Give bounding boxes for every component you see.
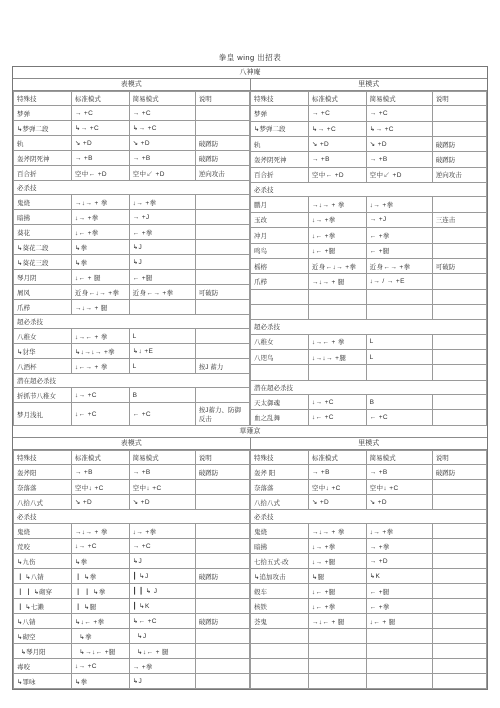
standard-command-cell bbox=[308, 644, 366, 659]
move-name-cell: 八稚女 bbox=[14, 329, 72, 344]
notes-cell bbox=[195, 495, 249, 510]
easy-command-cell: 空中↓ +C bbox=[366, 480, 432, 495]
standard-command-cell: ↓← +拳 bbox=[71, 225, 129, 240]
standard-command-cell: ↓← +腿 bbox=[308, 584, 366, 599]
table-row: 榣榕近身←↓→ +拳近身←→ +拳可破防 bbox=[251, 258, 487, 273]
easy-command-cell: ┃ ↳K bbox=[129, 599, 195, 614]
move-name-cell: 冲月 bbox=[251, 228, 309, 243]
column-header: 特殊技 bbox=[251, 451, 309, 465]
table-row: ┃ ↳七濑┃ ↳腿┃ ↳K bbox=[14, 599, 250, 614]
column-header: 说明 bbox=[432, 92, 486, 106]
table-row: ┃ ↳八锖┃ ↳拳┃ ↳J破蹲防 bbox=[14, 569, 250, 584]
move-name-cell: 梦月浅礼 bbox=[14, 403, 72, 426]
easy-command-cell: ← +腿 bbox=[366, 584, 432, 599]
notes-cell bbox=[432, 410, 486, 426]
standard-command-cell: ↓←→ + 拳 bbox=[71, 359, 129, 374]
table-row: ↳八锖↳↓← +拳↳← +C破蹲防 bbox=[14, 614, 250, 629]
move-name-cell: 暗拂 bbox=[14, 210, 72, 225]
section-title-1: 草薙京 bbox=[13, 426, 487, 438]
column-header: 特殊技 bbox=[14, 92, 72, 106]
move-name-cell: 荒咬 bbox=[14, 539, 72, 554]
category-band-row: 必杀技 bbox=[251, 510, 487, 524]
table-row: 轰斧 阳→ +B→ +B破蹲防 bbox=[251, 465, 487, 480]
table-row: 鹏月→↓→ + 拳↓→ +拳 bbox=[251, 197, 487, 212]
table-row: 核铁↓← +拳← +拳 bbox=[251, 599, 487, 614]
table-row: 暗拂↓→ +拳→ +拳 bbox=[251, 539, 487, 554]
easy-command-cell: → +拳 bbox=[366, 539, 432, 554]
category-band: 必杀技 bbox=[14, 181, 250, 195]
standard-command-cell: 空中↓ +C bbox=[71, 480, 129, 495]
move-name-cell: ┃ ↳八锖 bbox=[14, 569, 72, 584]
notes-cell bbox=[432, 480, 486, 495]
standard-command-cell: ↳→ +C bbox=[308, 121, 366, 136]
move-name-cell: 屑风 bbox=[14, 285, 72, 300]
move-name-cell: 奈落落 bbox=[14, 480, 72, 495]
easy-command-cell: ↘ +D bbox=[366, 495, 432, 510]
move-name-cell: 毂车 bbox=[251, 584, 309, 599]
table-row: 毒咬↓→ +C→ +拳 bbox=[14, 659, 250, 674]
table-row: 八咫鸟↓→↓→ +腿L bbox=[251, 350, 487, 365]
move-name-cell bbox=[251, 674, 309, 689]
table-row: 荟鬼→↓← + 腿↓← + 腿 bbox=[251, 614, 487, 629]
notes-cell: 三连击 bbox=[432, 212, 486, 227]
move-name-cell: ↳葵花二段 bbox=[14, 240, 72, 255]
move-name-cell bbox=[251, 629, 309, 644]
easy-command-cell: → +J bbox=[366, 212, 432, 227]
easy-command-cell: L bbox=[129, 329, 195, 344]
move-name-cell: 轰斧阳 bbox=[14, 465, 72, 480]
notes-cell bbox=[195, 674, 249, 689]
standard-command-cell: ↳拳 bbox=[71, 629, 129, 644]
table-row: ↳追加攻击↳腿↳K bbox=[251, 569, 487, 584]
table-row bbox=[251, 674, 487, 689]
table-row: 折抓节八稚女↓→ +CB bbox=[14, 388, 250, 403]
column-header: 标准模式 bbox=[308, 92, 366, 106]
easy-command-cell: ← +C bbox=[366, 410, 432, 426]
column-header: 标准模式 bbox=[71, 451, 129, 465]
standard-command-cell: ↓→ +C bbox=[71, 388, 129, 403]
move-name-cell: 琴月阴 bbox=[14, 270, 72, 285]
table-row: 八拾八式↘ +D↘ +D bbox=[251, 495, 487, 510]
notes-cell bbox=[432, 539, 486, 554]
table-row bbox=[251, 644, 487, 659]
notes-cell bbox=[432, 614, 486, 629]
column-header: 说明 bbox=[195, 451, 249, 465]
notes-cell bbox=[432, 674, 486, 689]
category-band-row: 必杀技 bbox=[14, 510, 250, 524]
table-row: 暗拂↓→ +拳→ +J bbox=[14, 210, 250, 225]
section-body-0: 特殊技标准模式简易模式说明梦弹→ +C→ +C↳梦弹二段↳→ +C↳→ +C轨↘… bbox=[13, 91, 487, 426]
notes-cell bbox=[195, 195, 249, 210]
easy-command-cell bbox=[366, 629, 432, 644]
table-row: 荒咬↓→ +C→ +C bbox=[14, 539, 250, 554]
table-row: 屑风近身←↓→ +拳近身←→ +拳可破防 bbox=[14, 285, 250, 300]
mode-header-row: 表模式里模式 bbox=[13, 438, 487, 450]
standard-command-cell: ↓→ +拳 bbox=[308, 539, 366, 554]
move-name-cell bbox=[251, 289, 309, 304]
standard-command-cell: ↓← +腿 bbox=[308, 243, 366, 258]
column-header: 标准模式 bbox=[308, 451, 366, 465]
notes-cell: 破蹲防 bbox=[195, 569, 249, 584]
standard-command-cell: ↓→← + 拳 bbox=[308, 334, 366, 349]
notes-cell: 破蹲防 bbox=[432, 152, 486, 167]
table-row bbox=[251, 365, 487, 380]
standard-command-cell bbox=[308, 289, 366, 304]
column-header: 简易模式 bbox=[129, 92, 195, 106]
notes-cell bbox=[195, 554, 249, 569]
table-row: 天太御魂↓→ +CB bbox=[251, 395, 487, 410]
easy-command-cell: → +D bbox=[366, 554, 432, 569]
standard-command-cell bbox=[308, 659, 366, 674]
column-header: 标准模式 bbox=[71, 92, 129, 106]
column-header: 特殊技 bbox=[14, 451, 72, 465]
section-title-0: 八神庵 bbox=[13, 67, 487, 79]
move-name-cell: 梦弹 bbox=[251, 106, 309, 121]
move-name-cell: 爪栉 bbox=[251, 274, 309, 289]
easy-command-cell: L bbox=[366, 350, 432, 365]
notes-cell: 破蹲防 bbox=[195, 136, 249, 151]
notes-cell bbox=[195, 524, 249, 539]
move-name-cell: ↳罪咏 bbox=[14, 674, 72, 689]
notes-cell bbox=[432, 644, 486, 659]
standard-command-cell: ↓→← + 拳 bbox=[71, 329, 129, 344]
easy-command-cell: ↓→ +拳 bbox=[129, 195, 195, 210]
standard-command-cell: ↓→↓→ +腿 bbox=[308, 350, 366, 365]
notes-cell: 破蹲防 bbox=[195, 614, 249, 629]
notes-cell: 可破防 bbox=[195, 285, 249, 300]
standard-command-cell: ↳拳 bbox=[71, 255, 129, 270]
move-name-cell: 奈落落 bbox=[251, 480, 309, 495]
notes-cell bbox=[195, 121, 249, 136]
standard-command-cell: →↓← + 腿 bbox=[308, 614, 366, 629]
table-row: ↳豺华↳↓→↓→ +拳↳↓ +E bbox=[14, 344, 250, 359]
notes-cell bbox=[432, 197, 486, 212]
standard-command-cell: → +B bbox=[71, 465, 129, 480]
standard-command-cell: →↓→ + 腿 bbox=[308, 274, 366, 289]
table-row: 冲月↓← +拳← +拳 bbox=[251, 228, 487, 243]
easy-command-cell: 近身←→ +拳 bbox=[129, 285, 195, 300]
table-row: 七拾五式·改↓→ +腿→ +D bbox=[251, 554, 487, 569]
category-band: 必杀技 bbox=[14, 510, 250, 524]
move-name-cell: 荟鬼 bbox=[251, 614, 309, 629]
column-header-row: 特殊技标准模式简易模式说明 bbox=[14, 92, 250, 106]
category-band: 必杀技 bbox=[251, 183, 487, 197]
move-name-cell: 七拾五式·改 bbox=[251, 554, 309, 569]
easy-command-cell: L bbox=[129, 359, 195, 374]
easy-command-cell: 空中↙ +D bbox=[366, 167, 432, 182]
table-row: 八稚女↓→← + 拳L bbox=[251, 334, 487, 349]
standard-command-cell: ↓→ +拳 bbox=[71, 210, 129, 225]
move-name-cell bbox=[251, 304, 309, 319]
mode-subtable-back: 特殊技标准模式简易模式说明轰斧 阳→ +B→ +B破蹲防奈落落空中↓ +C空中↓… bbox=[250, 450, 487, 689]
easy-command-cell: → +C bbox=[366, 106, 432, 121]
move-name-cell: 八咫鸟 bbox=[251, 350, 309, 365]
standard-command-cell: ↓← +C bbox=[71, 403, 129, 426]
standard-command-cell: ↘ +D bbox=[308, 137, 366, 152]
table-row: 琴月阴↓← + 腿← +腿 bbox=[14, 270, 250, 285]
table-row: ┃ ┃ ↳砌穿┃ ┃ ↳拳┃ ┃ ↳ J bbox=[14, 584, 250, 599]
standard-command-cell: ┃ ↳腿 bbox=[71, 599, 129, 614]
table-row: 葵花↓← +拳← +拳 bbox=[14, 225, 250, 240]
table-row: ↳葵花三段↳拳↳J bbox=[14, 255, 250, 270]
column-header-row: 特殊技标准模式简易模式说明 bbox=[251, 92, 487, 106]
document-page: 拳皇 wing 出招表 八神庵表模式里模式特殊技标准模式简易模式说明梦弹→ +C… bbox=[0, 0, 500, 708]
standard-command-cell bbox=[308, 629, 366, 644]
notes-cell: 按J 蓄力 bbox=[195, 359, 249, 374]
table-row: 血之乱舞↓← +C← +C bbox=[251, 410, 487, 426]
move-name-cell: 爪栉 bbox=[14, 300, 72, 315]
notes-cell: 破蹲防 bbox=[195, 151, 249, 166]
easy-command-cell: → +拳 bbox=[129, 659, 195, 674]
category-band: 必杀技 bbox=[251, 510, 487, 524]
notes-cell bbox=[432, 304, 486, 319]
easy-command-cell: ↳J bbox=[129, 629, 195, 644]
move-name-cell: 血之乱舞 bbox=[251, 410, 309, 426]
category-band: 超必杀技 bbox=[14, 315, 250, 329]
table-row: 轨↘ +D↘ +D破蹲防 bbox=[251, 137, 487, 152]
move-name-cell: 玉改 bbox=[251, 212, 309, 227]
move-name-cell: 毒咬 bbox=[14, 659, 72, 674]
easy-command-cell: → +B bbox=[366, 465, 432, 480]
easy-command-cell: ↳↓ +E bbox=[129, 344, 195, 359]
standard-command-cell: ↓← +拳 bbox=[308, 228, 366, 243]
category-band-row: 必杀技 bbox=[14, 181, 250, 195]
easy-command-cell: ↳↓← + 腿 bbox=[129, 644, 195, 659]
move-name-cell: 百合折 bbox=[14, 166, 72, 181]
move-name-cell: 轨 bbox=[251, 137, 309, 152]
table-row: 爪栉→↓→ + 腿 bbox=[14, 300, 250, 315]
notes-cell bbox=[432, 599, 486, 614]
table-row: 轰斧阳→ +B→ +B破蹲防 bbox=[14, 465, 250, 480]
easy-command-cell: ↳J bbox=[129, 554, 195, 569]
easy-command-cell: → +C bbox=[129, 539, 195, 554]
move-name-cell bbox=[251, 365, 309, 380]
notes-cell bbox=[432, 395, 486, 410]
move-name-cell: ┃ ┃ ↳砌穿 bbox=[14, 584, 72, 599]
easy-command-cell: ↓→ +拳 bbox=[366, 197, 432, 212]
move-name-cell: 鬼烧 bbox=[14, 195, 72, 210]
table-row bbox=[251, 629, 487, 644]
notes-cell bbox=[432, 121, 486, 136]
column-header: 简易模式 bbox=[366, 451, 432, 465]
move-name-cell: ┃ ↳七濑 bbox=[14, 599, 72, 614]
easy-command-cell: ↳→ +C bbox=[366, 121, 432, 136]
move-name-cell: ↳梦弹二段 bbox=[14, 121, 72, 136]
easy-command-cell: ┃ ┃ ↳ J bbox=[129, 584, 195, 599]
notes-cell: 破蹲防 bbox=[432, 137, 486, 152]
standard-command-cell: 空中← +D bbox=[71, 166, 129, 181]
easy-command-cell: ↘ +D bbox=[129, 136, 195, 151]
standard-command-cell: ↘ +D bbox=[308, 495, 366, 510]
table-row: ↳九伤↳拳↳J bbox=[14, 554, 250, 569]
notes-cell bbox=[195, 344, 249, 359]
notes-cell bbox=[432, 334, 486, 349]
easy-command-cell: ↓→ / → +E bbox=[366, 274, 432, 289]
mode-header-back: 里模式 bbox=[251, 438, 488, 449]
standard-command-cell: → +C bbox=[308, 106, 366, 121]
easy-command-cell: 近身←→ +拳 bbox=[366, 258, 432, 273]
move-name-cell: 鸣鸟 bbox=[251, 243, 309, 258]
mode-subtable-front: 特殊技标准模式简易模式说明梦弹→ +C→ +C↳梦弹二段↳→ +C↳→ +C轨↘… bbox=[13, 91, 250, 426]
move-name-cell: 鬼烧 bbox=[251, 524, 309, 539]
move-name-cell: ↳梦弹二段 bbox=[251, 121, 309, 136]
notes-cell bbox=[432, 569, 486, 584]
notes-cell bbox=[432, 584, 486, 599]
table-row: 轰斧阴死神→ +B→ +B破蹲防 bbox=[251, 152, 487, 167]
standard-command-cell: ↓→ +拳 bbox=[308, 212, 366, 227]
category-band-row: 超必杀技 bbox=[251, 320, 487, 334]
standard-command-cell: ↳拳 bbox=[71, 240, 129, 255]
category-band-row: 潜在超必杀技 bbox=[14, 374, 250, 388]
notes-cell bbox=[432, 243, 486, 258]
category-band-row: 超必杀技 bbox=[14, 315, 250, 329]
easy-command-cell: B bbox=[129, 388, 195, 403]
column-header-row: 特殊技标准模式简易模式说明 bbox=[251, 451, 487, 465]
notes-cell: 逆向攻击 bbox=[195, 166, 249, 181]
notes-cell bbox=[432, 274, 486, 289]
mode-header-back: 里模式 bbox=[251, 79, 488, 90]
easy-command-cell: ← +拳 bbox=[366, 228, 432, 243]
notes-cell bbox=[432, 495, 486, 510]
table-row: 轰斧阴死神→ +B→ +B破蹲防 bbox=[14, 151, 250, 166]
move-name-cell bbox=[251, 644, 309, 659]
easy-command-cell: 空中↓ +C bbox=[129, 480, 195, 495]
notes-cell bbox=[195, 480, 249, 495]
move-name-cell: 轰斧阴死神 bbox=[251, 152, 309, 167]
easy-command-cell: → +B bbox=[129, 151, 195, 166]
easy-command-cell: B bbox=[366, 395, 432, 410]
standard-command-cell: → +B bbox=[71, 151, 129, 166]
standard-command-cell: ↓→ +C bbox=[71, 659, 129, 674]
notes-cell bbox=[195, 644, 249, 659]
move-name-cell: 鬼烧 bbox=[14, 524, 72, 539]
move-name-cell: ↳追加攻击 bbox=[251, 569, 309, 584]
move-name-cell: 天太御魂 bbox=[251, 395, 309, 410]
standard-command-cell: →↓→ + 拳 bbox=[71, 524, 129, 539]
mode-header-row: 表模式里模式 bbox=[13, 79, 487, 91]
standard-command-cell: ↘ +D bbox=[71, 136, 129, 151]
table-row: ↳葵花二段↳拳↳J bbox=[14, 240, 250, 255]
easy-command-cell: → +C bbox=[129, 106, 195, 121]
easy-command-cell: ↓← + 腿 bbox=[366, 614, 432, 629]
table-row: 爪栉→↓→ + 腿↓→ / → +E bbox=[251, 274, 487, 289]
standard-command-cell: →↓→ + 腿 bbox=[71, 300, 129, 315]
standard-command-cell: ↓← +C bbox=[308, 410, 366, 426]
table-row: ↳梦弹二段↳→ +C↳→ +C bbox=[14, 121, 250, 136]
notes-cell bbox=[432, 289, 486, 304]
move-name-cell: ↳琴月阳 bbox=[14, 644, 72, 659]
easy-command-cell: ↳J bbox=[129, 240, 195, 255]
move-name-cell: 暗拂 bbox=[251, 539, 309, 554]
standard-command-cell: →↓→ + 拳 bbox=[71, 195, 129, 210]
easy-command-cell bbox=[366, 644, 432, 659]
easy-command-cell: → +J bbox=[129, 210, 195, 225]
move-name-cell: 八稚女 bbox=[251, 334, 309, 349]
notes-cell bbox=[432, 524, 486, 539]
table-row: ↳砌空 ↳拳 ↳J bbox=[14, 629, 250, 644]
move-name-cell: 梦弹 bbox=[14, 106, 72, 121]
easy-command-cell: ↳→ +C bbox=[129, 121, 195, 136]
standard-command-cell: ↳腿 bbox=[308, 569, 366, 584]
notes-cell bbox=[432, 629, 486, 644]
column-header: 简易模式 bbox=[129, 451, 195, 465]
standard-command-cell: → +C bbox=[71, 106, 129, 121]
easy-command-cell: ↓→ +拳 bbox=[366, 524, 432, 539]
standard-command-cell: ↳↓← +拳 bbox=[71, 614, 129, 629]
move-name-cell: 百合折 bbox=[251, 167, 309, 182]
easy-command-cell: ↘ +D bbox=[129, 495, 195, 510]
move-name-cell: 轨 bbox=[14, 136, 72, 151]
notes-cell bbox=[195, 539, 249, 554]
notes-cell bbox=[195, 300, 249, 315]
easy-command-cell bbox=[129, 300, 195, 315]
easy-command-cell: ↘ +D bbox=[366, 137, 432, 152]
table-row: ↳琴月阳 ↳→↓← +腿 ↳↓← + 腿 bbox=[14, 644, 250, 659]
move-name-cell: 鹏月 bbox=[251, 197, 309, 212]
standard-command-cell: ┃ ↳拳 bbox=[71, 569, 129, 584]
notes-cell bbox=[195, 388, 249, 403]
easy-command-cell bbox=[366, 659, 432, 674]
table-row: 玉改↓→ +拳→ +J三连击 bbox=[251, 212, 487, 227]
table-row bbox=[251, 289, 487, 304]
table-row: 八稚女↓→← + 拳L bbox=[14, 329, 250, 344]
table-row: 鬼烧→↓→ + 拳↓→ +拳 bbox=[251, 524, 487, 539]
standard-command-cell: → +B bbox=[308, 465, 366, 480]
easy-command-cell bbox=[366, 365, 432, 380]
move-name-cell: ↳豺华 bbox=[14, 344, 72, 359]
notes-cell bbox=[195, 240, 249, 255]
table-row: 鬼烧→↓→ + 拳↓→ +拳 bbox=[14, 524, 250, 539]
column-header-row: 特殊技标准模式简易模式说明 bbox=[14, 451, 250, 465]
standard-command-cell: ↳→ +C bbox=[71, 121, 129, 136]
category-band-row: 必杀技 bbox=[251, 183, 487, 197]
notes-cell bbox=[195, 599, 249, 614]
standard-command-cell: 近身←↓→ +拳 bbox=[308, 258, 366, 273]
move-name-cell: 榣榕 bbox=[251, 258, 309, 273]
notes-cell bbox=[195, 584, 249, 599]
standard-command-cell: ↓→ +C bbox=[71, 539, 129, 554]
notes-cell: 可破防 bbox=[432, 258, 486, 273]
notes-cell bbox=[432, 106, 486, 121]
move-name-cell: 轰斧 阳 bbox=[251, 465, 309, 480]
notes-cell bbox=[195, 329, 249, 344]
notes-cell bbox=[195, 106, 249, 121]
easy-command-cell: ← +腿 bbox=[129, 270, 195, 285]
table-row: ↳梦弹二段↳→ +C↳→ +C bbox=[251, 121, 487, 136]
notes-cell bbox=[432, 554, 486, 569]
move-name-cell: 八拾八式 bbox=[251, 495, 309, 510]
table-row: 八酒杯↓←→ + 拳L按J 蓄力 bbox=[14, 359, 250, 374]
table-row: 八拾八式↘ +D↘ +D bbox=[14, 495, 250, 510]
move-name-cell: 核铁 bbox=[251, 599, 309, 614]
notes-cell bbox=[195, 270, 249, 285]
table-row: 梦弹→ +C→ +C bbox=[251, 106, 487, 121]
standard-command-cell: → +B bbox=[308, 152, 366, 167]
standard-command-cell: ↳拳 bbox=[71, 554, 129, 569]
mode-header-front: 表模式 bbox=[13, 79, 251, 90]
standard-command-cell: ↳→↓← +腿 bbox=[71, 644, 129, 659]
table-row bbox=[251, 659, 487, 674]
standard-command-cell: 空中← +D bbox=[308, 167, 366, 182]
easy-command-cell bbox=[366, 289, 432, 304]
move-name-cell: 八酒杯 bbox=[14, 359, 72, 374]
category-band-row: 潜在超必杀技 bbox=[251, 380, 487, 394]
move-name-cell: 八拾八式 bbox=[14, 495, 72, 510]
table-row: 毂车↓← +腿← +腿 bbox=[251, 584, 487, 599]
table-row: 鸣鸟↓← +腿← +腿 bbox=[251, 243, 487, 258]
table-row: 百合折空中← +D空中↙ +D逆向攻击 bbox=[14, 166, 250, 181]
standard-command-cell: ↘ +D bbox=[71, 495, 129, 510]
